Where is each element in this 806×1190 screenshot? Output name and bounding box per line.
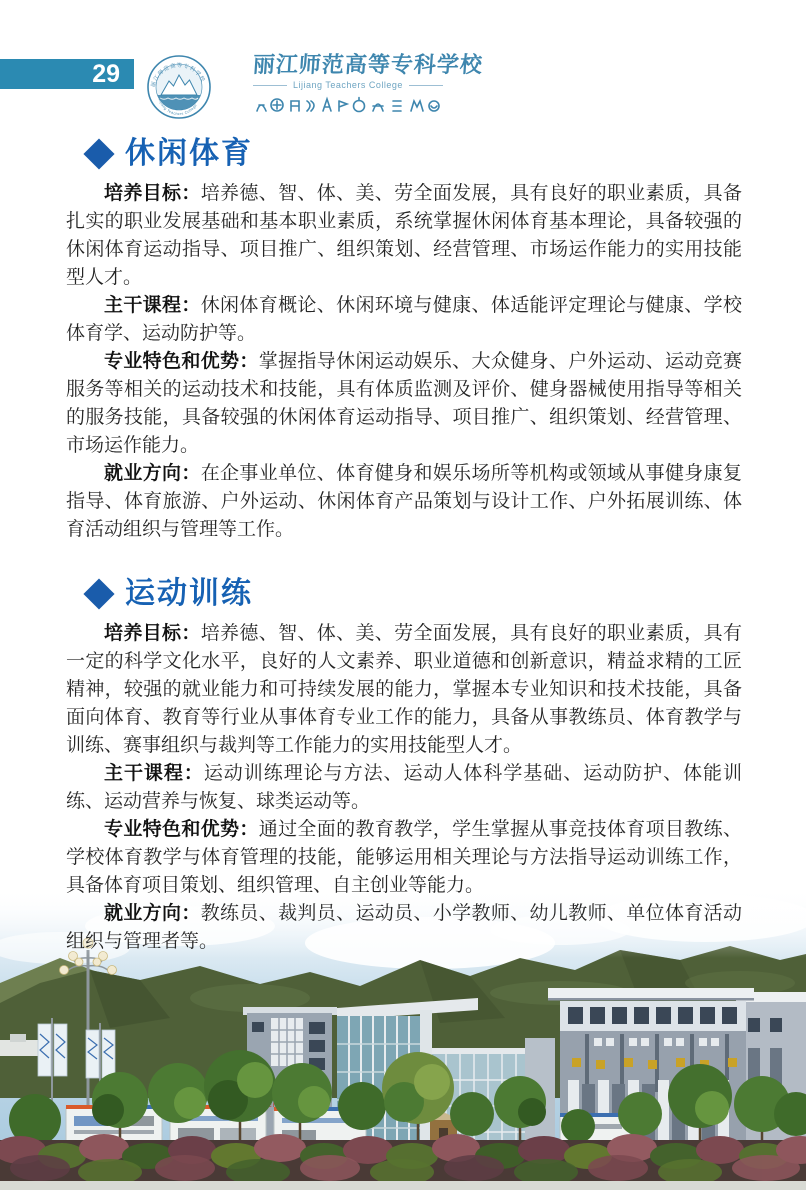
paragraph-label: 培养目标： bbox=[104, 623, 201, 644]
school-name-english-row: Lijiang Teachers College bbox=[253, 80, 513, 90]
divider-line bbox=[253, 85, 287, 86]
paragraph: 主干课程：运动训练理论与方法、运动人体科学基础、运动防护、体能训练、运动营养与恢… bbox=[66, 760, 742, 816]
page-number: 29 bbox=[92, 60, 120, 88]
school-name-block: 丽江师范高等专科学校 Lijiang Teachers College bbox=[253, 48, 513, 124]
paragraph-label: 就业方向： bbox=[104, 463, 201, 484]
diamond-bullet-icon bbox=[83, 138, 114, 169]
section-leisure-sports: 培养目标：培养德、智、体、美、劳全面发展，具有良好的职业素质，具备扎实的职业发展… bbox=[0, 180, 806, 544]
paragraph-label: 主干课程： bbox=[104, 763, 204, 784]
paragraph: 主干课程：休闲体育概论、休闲环境与健康、体适能评定理论与健康、学校体育学、运动防… bbox=[66, 292, 742, 348]
section-title-sports-training: 运动训练 bbox=[88, 576, 806, 612]
paragraph: 就业方向：教练员、裁判员、运动员、小学教师、幼儿教师、单位体育活动组织与管理者等… bbox=[66, 900, 742, 956]
school-logo-icon: 丽江师范高等专科学校 Lijiang Teachers College bbox=[147, 55, 211, 119]
section-title-text: 运动训练 bbox=[125, 576, 253, 612]
paragraph-label: 主干课程： bbox=[104, 295, 201, 316]
paragraph: 就业方向：在企事业单位、体育健身和娱乐场所等机构或领域从事健身康复指导、体育旅游… bbox=[66, 460, 742, 544]
paragraph: 培养目标：培养德、智、体、美、劳全面发展，具有良好的职业素质，具备扎实的职业发展… bbox=[66, 180, 742, 292]
paragraph-label: 专业特色和优势： bbox=[104, 351, 259, 372]
school-name-calligraphy: 丽江师范高等专科学校 bbox=[252, 48, 514, 79]
dongba-pictograph-script-icon bbox=[253, 93, 513, 124]
page-number-bar: 29 bbox=[0, 59, 134, 89]
paragraph: 专业特色和优势：通过全面的教育教学，学生掌握从事竞技体育项目教练、学校体育教学与… bbox=[66, 816, 742, 900]
section-title-leisure-sports: 休闲体育 bbox=[88, 136, 806, 172]
paragraph-label: 就业方向： bbox=[104, 903, 201, 924]
page-header: 29 丽江师范高等专科学校 Lijiang Teachers College bbox=[0, 0, 806, 132]
section-sports-training: 培养目标：培养德、智、体、美、劳全面发展，具有良好的职业素质，具有一定的科学文化… bbox=[0, 620, 806, 956]
paragraph: 专业特色和优势：掌握指导休闲运动娱乐、大众健身、户外运动、运动竞赛服务等相关的运… bbox=[66, 348, 742, 460]
section-title-text: 休闲体育 bbox=[125, 136, 253, 172]
divider-line bbox=[409, 85, 443, 86]
curb-strip bbox=[0, 1181, 806, 1190]
school-name-english: Lijiang Teachers College bbox=[293, 80, 403, 90]
main-content: 休闲体育 培养目标：培养德、智、体、美、劳全面发展，具有良好的职业素质，具备扎实… bbox=[0, 132, 806, 956]
paragraph: 培养目标：培养德、智、体、美、劳全面发展，具有良好的职业素质，具有一定的科学文化… bbox=[66, 620, 742, 760]
brochure-page: 29 丽江师范高等专科学校 Lijiang Teachers College bbox=[0, 0, 806, 1190]
diamond-bullet-icon bbox=[83, 578, 114, 609]
paragraph-label: 专业特色和优势： bbox=[104, 819, 259, 840]
paragraph-label: 培养目标： bbox=[104, 183, 201, 204]
